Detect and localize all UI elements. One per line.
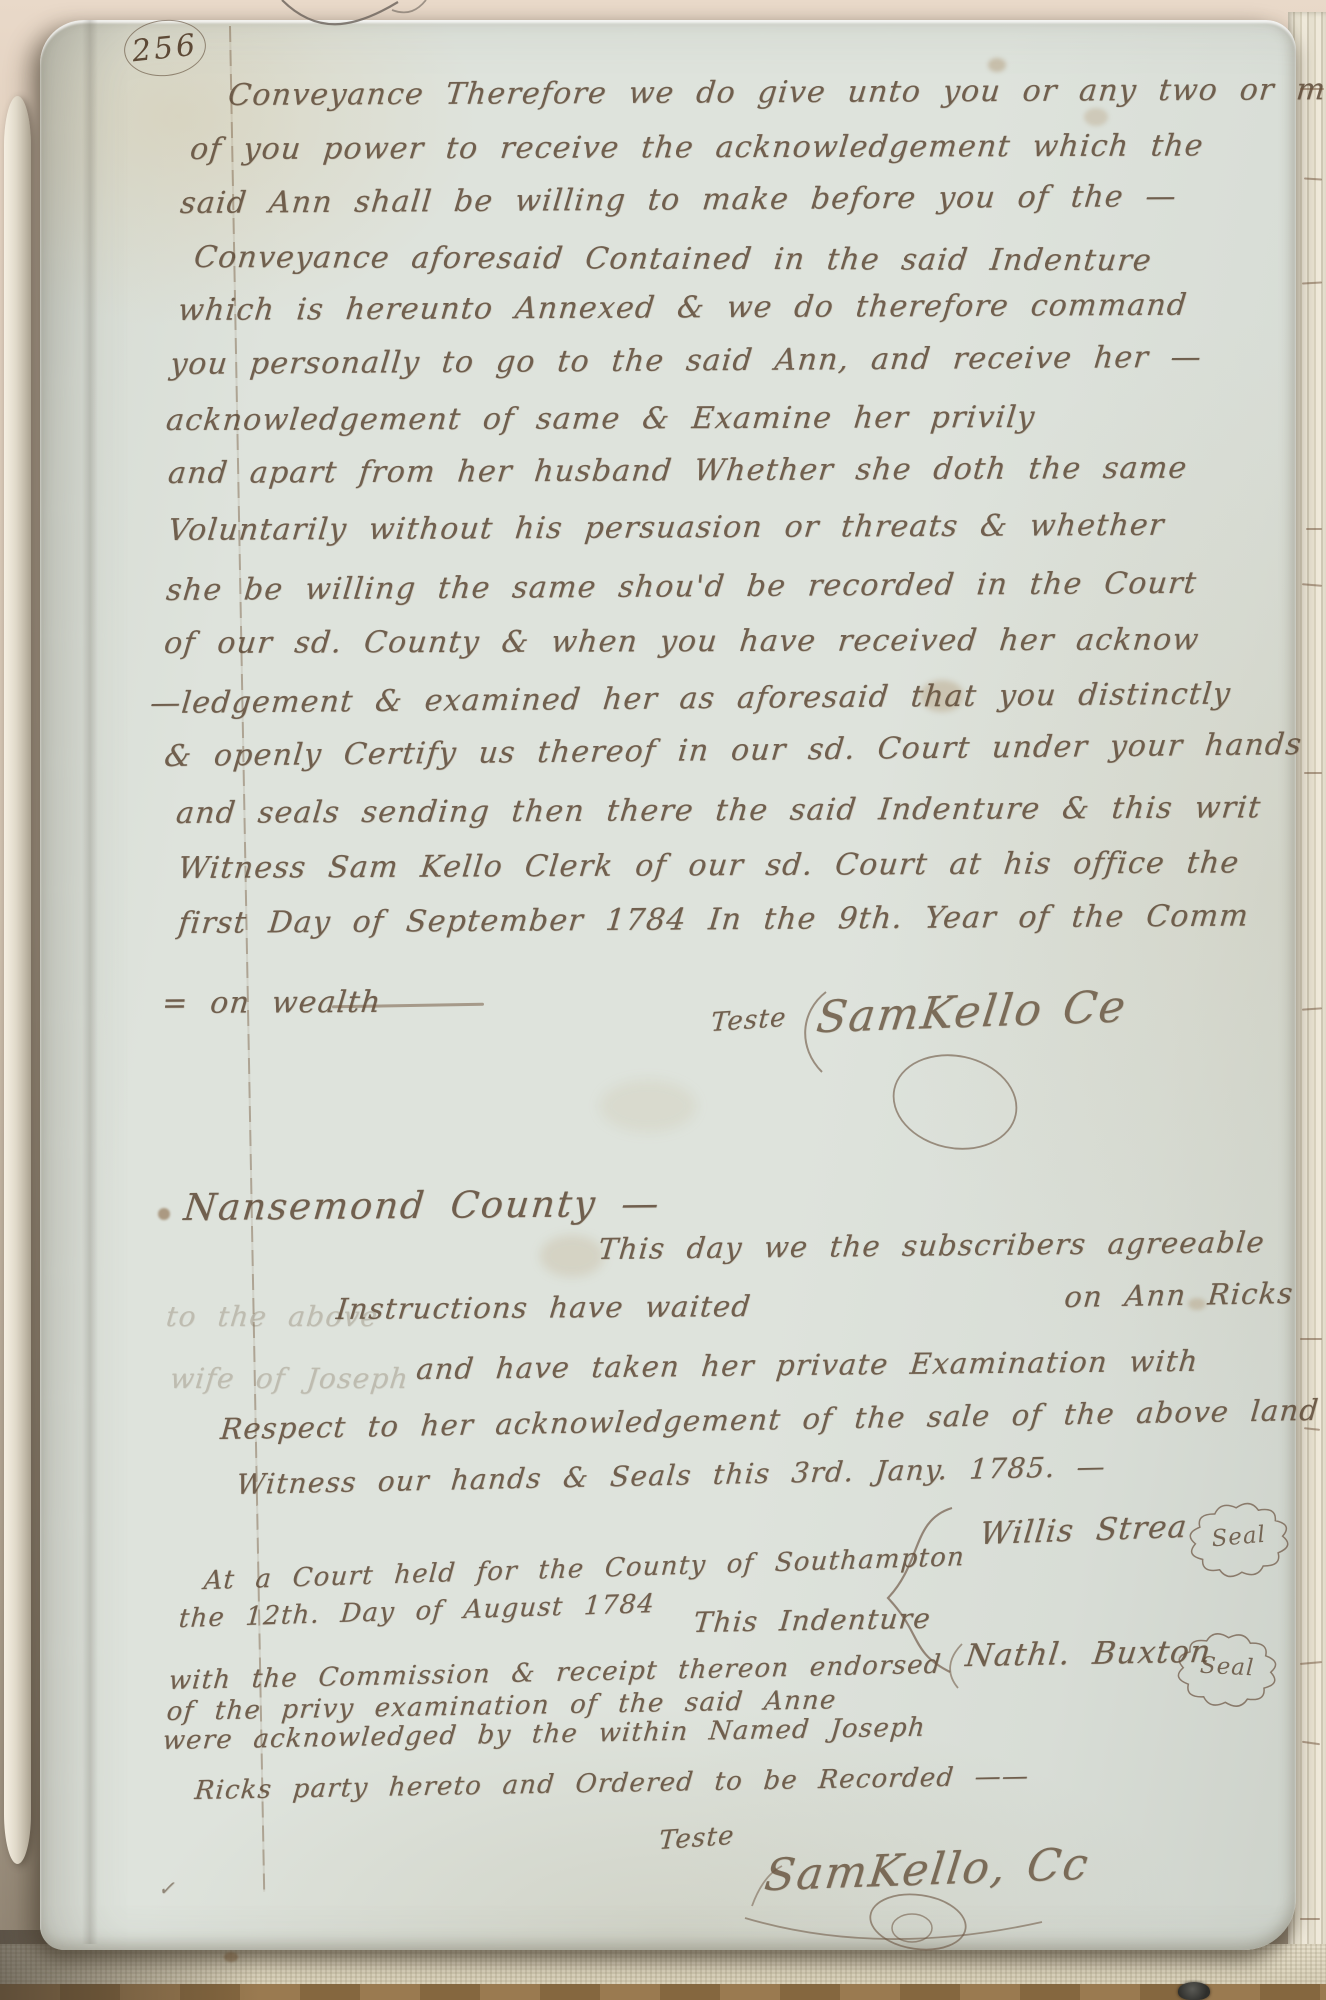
underlying-page-edge	[4, 96, 31, 1864]
paper-stain	[224, 1952, 238, 1962]
paper-stain	[988, 58, 1006, 72]
screw-head	[1178, 1982, 1210, 2000]
paper-stain	[540, 1235, 604, 1277]
paper-stain	[1084, 108, 1108, 126]
writ-line: of you power to receive the acknowledgem…	[188, 128, 1205, 167]
writ-line: said Ann shall be willing to make before…	[179, 179, 1179, 221]
paper-stain	[158, 1208, 170, 1220]
writ-line: of our sd. County & when you have receiv…	[162, 622, 1201, 661]
writ-line: you personally to go to the said Ann, an…	[169, 340, 1204, 382]
page-number: 256	[130, 27, 200, 69]
page-crease	[82, 20, 98, 1944]
county-heading: Nansemond County —	[182, 1182, 663, 1229]
ink-bleed-mark	[1300, 88, 1324, 90]
examination-line: on Ann Ricks	[1063, 1276, 1295, 1314]
seal-label: Seal	[1176, 1489, 1301, 1585]
ink-bleed-mark	[1300, 1918, 1320, 1920]
writ-line: acknowledgement of same & Examine her pr…	[164, 400, 1037, 438]
teste-label: Teste	[658, 1821, 736, 1857]
examination-line: This day we the subscribers agreeable	[597, 1225, 1267, 1266]
examination-line-faded: wife of Joseph	[169, 1362, 411, 1395]
writ-line: and seals sending then there the said In…	[175, 790, 1263, 831]
seal-flourish: Seal	[1166, 1621, 1289, 1719]
witness-signature: Willis Strea	[978, 1509, 1189, 1552]
stray-ink-stroke	[392, 0, 426, 12]
manuscript-scan: 256 Conveyance Therefore we do give unto…	[0, 0, 1326, 2000]
ink-bleed-mark	[1300, 1338, 1322, 1340]
writ-line: which is hereunto Annexed & we do theref…	[177, 288, 1190, 328]
paper-stain	[600, 1080, 696, 1132]
writ-line: Conveyance Therefore we do give unto you…	[227, 72, 1326, 113]
teste-label: Teste	[710, 1003, 788, 1039]
writ-line: Witness Sam Kello Clerk of our sd. Court…	[177, 845, 1242, 886]
writ-line: = on wealth	[161, 985, 384, 1021]
check-mark: ✓	[158, 1876, 176, 1900]
ink-bleed-mark	[1306, 528, 1322, 530]
ink-bleed-mark	[1304, 772, 1322, 774]
seal-flourish: Seal	[1176, 1489, 1302, 1591]
writ-line: Conveyance aforesaid Contained in the sa…	[192, 240, 1154, 278]
examination-line: Instructions have waited	[335, 1289, 753, 1326]
writ-line: and apart from her husband Whether she d…	[167, 451, 1190, 491]
writ-line: Voluntarily without his persuasion or th…	[167, 508, 1167, 548]
court-order-line: This Indenture	[692, 1602, 932, 1639]
writ-line: she be willing the same shou'd be record…	[165, 566, 1199, 608]
writ-line: first Day of September 1784 In the 9th. …	[177, 899, 1251, 942]
seal-label: Seal	[1166, 1621, 1288, 1713]
